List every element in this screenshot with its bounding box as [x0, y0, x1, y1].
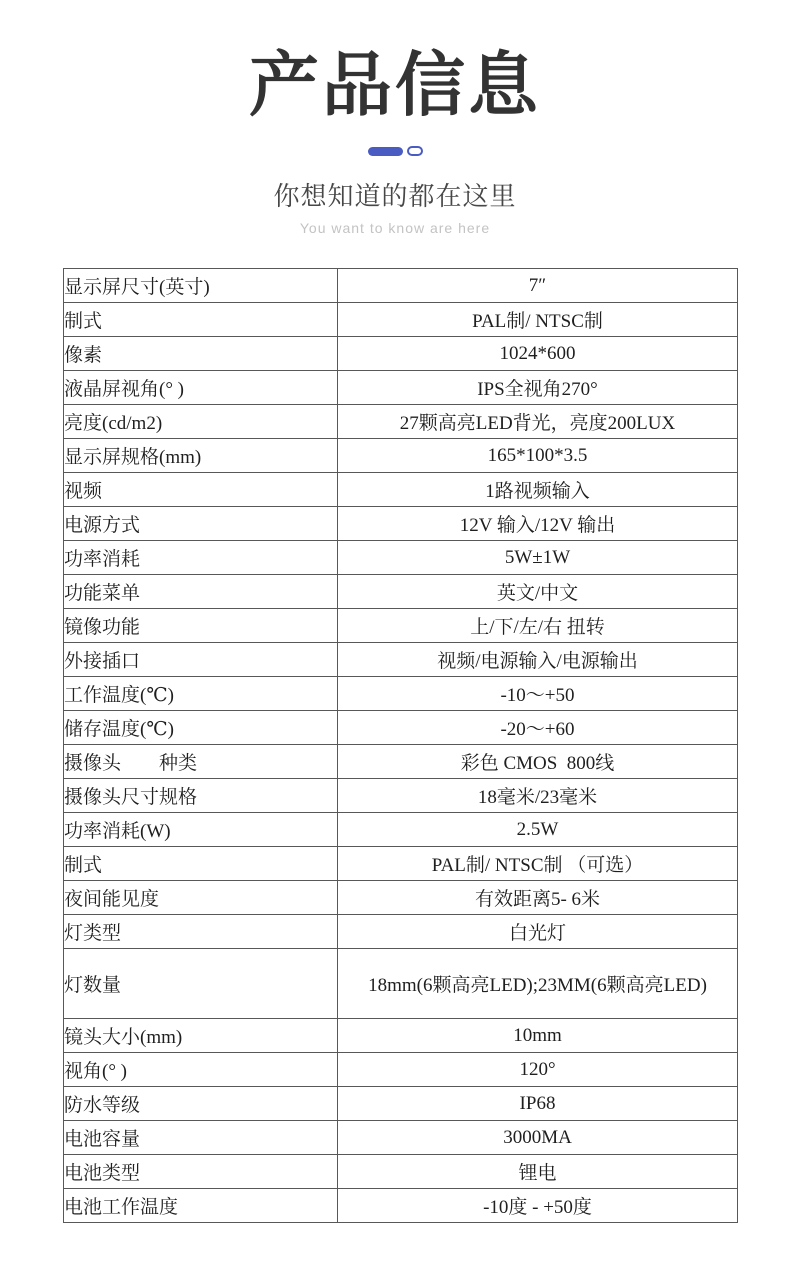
table-row: 亮度(cd/m2)27颗高亮LED背光，亮度200LUX: [64, 405, 738, 439]
spec-value-cell: 英文/中文: [338, 575, 738, 609]
table-row: 显示屏规格(mm)165*100*3.5: [64, 439, 738, 473]
spec-value-cell: IP68: [338, 1087, 738, 1121]
table-row: 摄像头 种类彩色 CMOS 800线: [64, 745, 738, 779]
spec-label-cell: 电池工作温度: [64, 1189, 338, 1223]
spec-value-cell: PAL制/ NTSC制 （可选）: [338, 847, 738, 881]
spec-label-cell: 功率消耗: [64, 541, 338, 575]
table-row: 视角(° )120°: [64, 1053, 738, 1087]
spec-table-container: 显示屏尺寸(英寸)7″制式PAL制/ NTSC制像素1024*600液晶屏视角(…: [63, 268, 738, 1223]
spec-label-cell: 功能菜单: [64, 575, 338, 609]
spec-label-cell: 外接插口: [64, 643, 338, 677]
spec-value-cell: 有效距离5- 6米: [338, 881, 738, 915]
spec-label-cell: 灯数量: [64, 949, 338, 1019]
spec-value-cell: 7″: [338, 269, 738, 303]
table-row: 摄像头尺寸规格18毫米/23毫米: [64, 779, 738, 813]
table-row: 电源方式12V 输入/12V 输出: [64, 507, 738, 541]
spec-label-cell: 防水等级: [64, 1087, 338, 1121]
table-row: 灯数量18mm(6颗高亮LED);23MM(6颗高亮LED): [64, 949, 738, 1019]
spec-value-cell: 上/下/左/右 扭转: [338, 609, 738, 643]
table-row: 防水等级IP68: [64, 1087, 738, 1121]
table-row: 像素1024*600: [64, 337, 738, 371]
spec-value-cell: 120°: [338, 1053, 738, 1087]
table-row: 视频1路视频输入: [64, 473, 738, 507]
spec-label-cell: 显示屏尺寸(英寸): [64, 269, 338, 303]
divider-outline-pill-icon: [407, 146, 423, 156]
spec-value-cell: 2.5W: [338, 813, 738, 847]
spec-value-cell: 1路视频输入: [338, 473, 738, 507]
spec-value-cell: 18毫米/23毫米: [338, 779, 738, 813]
table-row: 灯类型白光灯: [64, 915, 738, 949]
spec-label-cell: 像素: [64, 337, 338, 371]
spec-value-cell: -10度 - +50度: [338, 1189, 738, 1223]
page-title: 产品信息: [0, 46, 790, 124]
spec-value-cell: 锂电: [338, 1155, 738, 1189]
table-row: 功率消耗5W±1W: [64, 541, 738, 575]
divider-filled-pill-icon: [368, 147, 403, 156]
table-row: 液晶屏视角(° )IPS全视角270°: [64, 371, 738, 405]
spec-value-cell: 白光灯: [338, 915, 738, 949]
spec-value-cell: 彩色 CMOS 800线: [338, 745, 738, 779]
spec-label-cell: 镜头大小(mm): [64, 1019, 338, 1053]
spec-label-cell: 摄像头 种类: [64, 745, 338, 779]
spec-value-cell: PAL制/ NTSC制: [338, 303, 738, 337]
spec-label-cell: 视角(° ): [64, 1053, 338, 1087]
spec-value-cell: 12V 输入/12V 输出: [338, 507, 738, 541]
spec-value-cell: 3000MA: [338, 1121, 738, 1155]
spec-label-cell: 工作温度(℃): [64, 677, 338, 711]
spec-label-cell: 制式: [64, 847, 338, 881]
title-divider: [0, 146, 790, 156]
spec-label-cell: 镜像功能: [64, 609, 338, 643]
spec-label-cell: 液晶屏视角(° ): [64, 371, 338, 405]
spec-label-cell: 夜间能见度: [64, 881, 338, 915]
spec-label-cell: 亮度(cd/m2): [64, 405, 338, 439]
table-row: 储存温度(℃)-20～+60: [64, 711, 738, 745]
page-header: 产品信息 你想知道的都在这里 You want to know are here: [0, 0, 790, 236]
spec-label-cell: 显示屏规格(mm): [64, 439, 338, 473]
table-row: 显示屏尺寸(英寸)7″: [64, 269, 738, 303]
table-row: 电池类型锂电: [64, 1155, 738, 1189]
spec-value-cell: 1024*600: [338, 337, 738, 371]
spec-label-cell: 功率消耗(W): [64, 813, 338, 847]
table-row: 功率消耗(W)2.5W: [64, 813, 738, 847]
spec-value-cell: 5W±1W: [338, 541, 738, 575]
spec-label-cell: 电池容量: [64, 1121, 338, 1155]
spec-label-cell: 储存温度(℃): [64, 711, 338, 745]
spec-value-cell: IPS全视角270°: [338, 371, 738, 405]
spec-label-cell: 制式: [64, 303, 338, 337]
spec-value-cell: -10～+50: [338, 677, 738, 711]
spec-value-cell: 27颗高亮LED背光，亮度200LUX: [338, 405, 738, 439]
table-row: 外接插口视频/电源输入/电源输出: [64, 643, 738, 677]
table-row: 制式PAL制/ NTSC制 （可选）: [64, 847, 738, 881]
table-row: 夜间能见度有效距离5- 6米: [64, 881, 738, 915]
spec-value-cell: 165*100*3.5: [338, 439, 738, 473]
table-row: 电池容量3000MA: [64, 1121, 738, 1155]
table-row: 镜头大小(mm)10mm: [64, 1019, 738, 1053]
spec-label-cell: 电池类型: [64, 1155, 338, 1189]
spec-label-cell: 电源方式: [64, 507, 338, 541]
spec-label-cell: 摄像头尺寸规格: [64, 779, 338, 813]
page-subtitle: 你想知道的都在这里: [0, 176, 790, 213]
spec-table: 显示屏尺寸(英寸)7″制式PAL制/ NTSC制像素1024*600液晶屏视角(…: [63, 268, 738, 1223]
table-row: 功能菜单英文/中文: [64, 575, 738, 609]
spec-value-cell: 10mm: [338, 1019, 738, 1053]
spec-value-cell: 视频/电源输入/电源输出: [338, 643, 738, 677]
page-subtitle-english: You want to know are here: [0, 220, 790, 236]
spec-label-cell: 灯类型: [64, 915, 338, 949]
spec-label-cell: 视频: [64, 473, 338, 507]
spec-value-cell: -20～+60: [338, 711, 738, 745]
table-row: 镜像功能上/下/左/右 扭转: [64, 609, 738, 643]
table-row: 电池工作温度-10度 - +50度: [64, 1189, 738, 1223]
table-row: 工作温度(℃)-10～+50: [64, 677, 738, 711]
table-row: 制式PAL制/ NTSC制: [64, 303, 738, 337]
spec-value-cell: 18mm(6颗高亮LED);23MM(6颗高亮LED): [338, 949, 738, 1019]
